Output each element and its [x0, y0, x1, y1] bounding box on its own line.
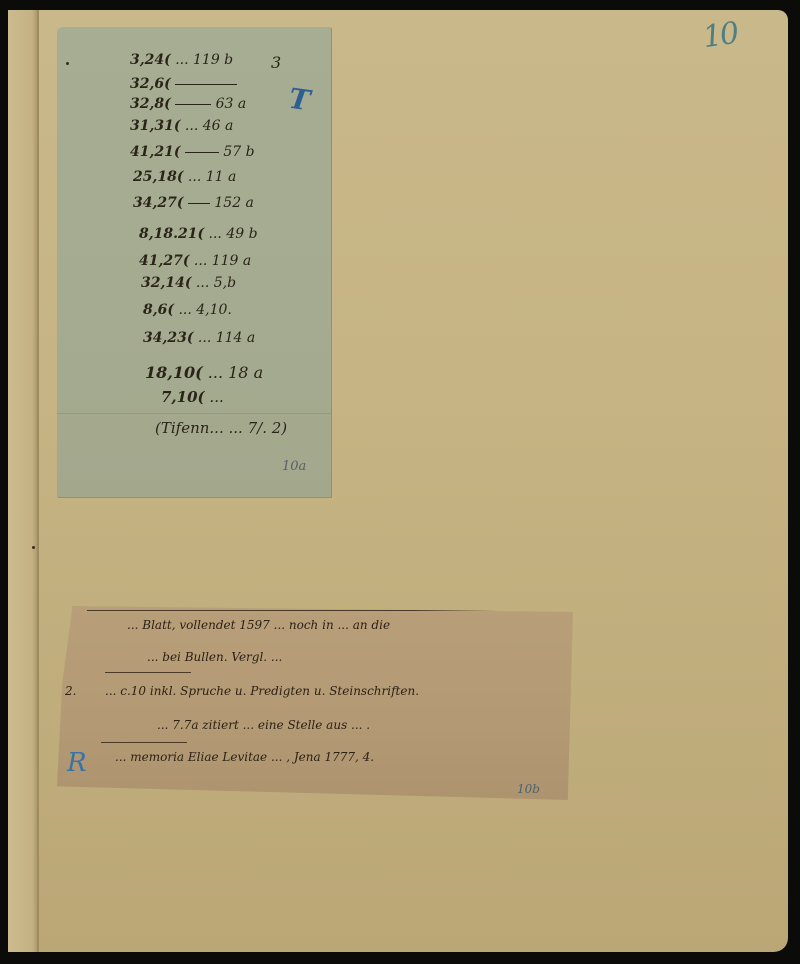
marginal-mark: 3: [271, 53, 281, 72]
entry-row: 18,10( ... 18 a: [145, 363, 263, 382]
folio-number: 10: [701, 16, 740, 55]
note-line: ... c.10 inkl. Spruche u. Predigten u. S…: [105, 684, 419, 698]
blue-mark: T: [287, 82, 312, 118]
separator: [105, 672, 191, 673]
slip-b: ... Blatt, vollendet 1597 ... noch in ..…: [57, 606, 573, 800]
entry-row: 7,10( ...: [161, 388, 224, 406]
page-label: 10b: [517, 782, 540, 796]
fold-line: [57, 413, 331, 414]
entry-row: 8,6( ... 4,10.: [143, 302, 232, 318]
binding-gutter: [8, 10, 39, 952]
entry-row: 32,8( 63 a: [130, 96, 246, 112]
blue-mark: R: [67, 748, 87, 778]
entry-row: 41,27( ... 119 a: [139, 253, 251, 269]
note-line: ... 7.7a zitiert ... eine Stelle aus ...…: [157, 718, 370, 732]
ink-spot: [32, 546, 35, 549]
entry-row: 34,23( ... 114 a: [143, 330, 255, 346]
entry-row: 32,6(: [130, 76, 237, 92]
entry-row: (Tifenn... ... 7/. 2): [155, 419, 287, 437]
entry-row: 8,18.21( ... 49 b: [139, 226, 258, 242]
entry-row: 31,31( ... 46 a: [130, 118, 233, 134]
note-line: ... Blatt, vollendet 1597 ... noch in ..…: [127, 618, 390, 632]
binding-line: [37, 10, 38, 952]
ink-spot: [66, 62, 69, 65]
entry-row: 25,18( ... 11 a: [133, 169, 236, 185]
page-label: 10a: [282, 459, 306, 474]
entry-row: 41,21( 57 b: [130, 144, 255, 160]
entry-row: 34,27( 152 a: [133, 195, 254, 211]
note-line: ... memoria Eliae Levitae ... , Jena 177…: [115, 750, 374, 764]
entry-row: 32,14( ... 5,b: [141, 275, 236, 291]
entry-row: 3,24( ... 119 b: [130, 52, 233, 68]
separator: [101, 742, 187, 743]
margin-number: 2.: [65, 684, 76, 698]
slip-a: 3 T 3,24( ... 119 b 32,6( 32,8( 63 a 31,…: [57, 27, 331, 497]
note-line: ... bei Bullen. Vergl. ...: [147, 650, 282, 664]
